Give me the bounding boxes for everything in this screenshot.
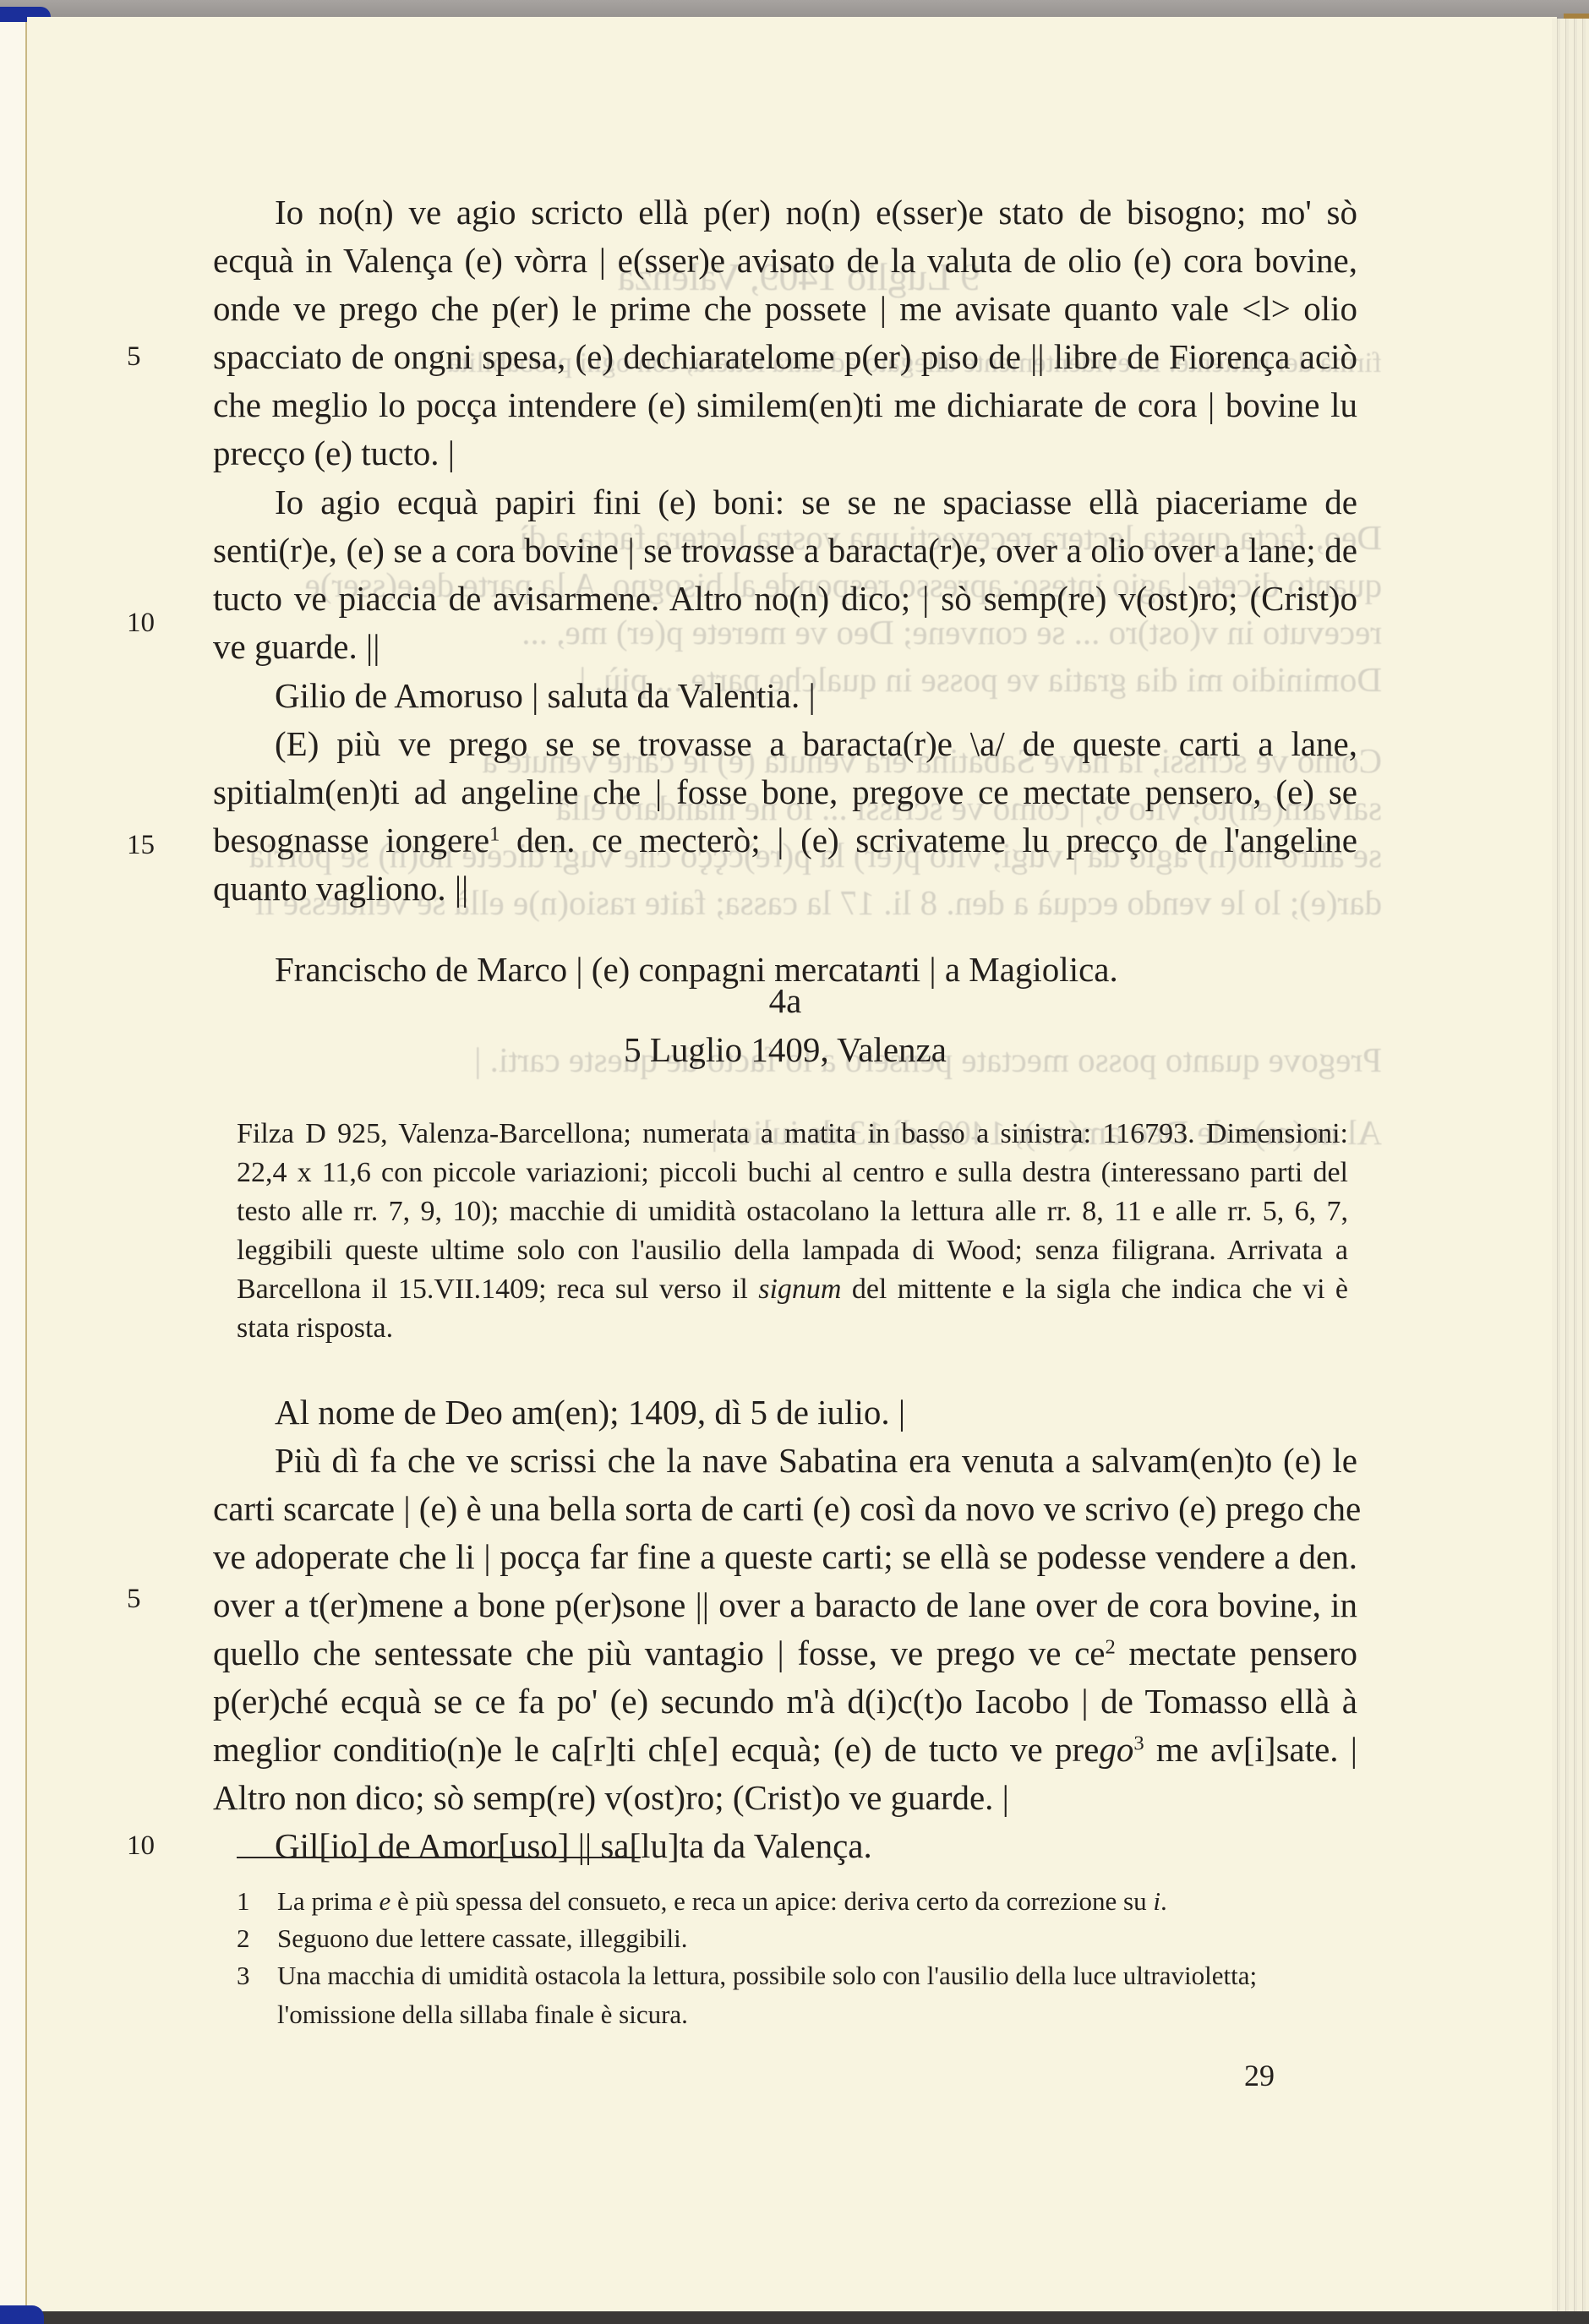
- scanner-background-bottom: [0, 2311, 1589, 2324]
- footnote-ref[interactable]: 3: [1133, 1732, 1144, 1754]
- text-line: ve guarde. ||: [213, 625, 1357, 668]
- page-stack-edge: [1552, 19, 1589, 2311]
- description-line: 22,4 x 11,6 con piccole variazioni; picc…: [237, 1153, 1348, 1193]
- line-number: 10: [127, 1824, 155, 1868]
- text-line: quello che sentessate che più vantagio |…: [213, 1631, 1357, 1675]
- text-line: Gil[io] de Amor[uso] || sa[lu]ta da Vale…: [213, 1824, 1357, 1868]
- text-line: Gilio de Amoruso | saluta da Valentia. |: [213, 674, 1357, 717]
- description-line: leggibili queste ultime solo con l'ausil…: [237, 1230, 1348, 1271]
- text-line: che meglio lo pocça intendere (e) simile…: [213, 383, 1357, 427]
- footnote-separator: [237, 1857, 641, 1858]
- text-line: Più dì fa che ve scrissi che la nave Sab…: [213, 1438, 1357, 1482]
- text-line: (E) più ve prego se se trovasse a baract…: [213, 722, 1357, 766]
- text-line: tucto ve piaccia de avisarmene. Altro no…: [213, 576, 1357, 620]
- text-line: spitialm(en)ti ad angeline che | fosse b…: [213, 770, 1357, 814]
- text-line: besognasse iongere1 den. ce mecterò; | (…: [213, 818, 1357, 862]
- description-line: testo alle rr. 7, 9, 10); macchie di umi…: [237, 1192, 1348, 1232]
- footnote-number: 1: [237, 1883, 277, 1920]
- previous-page-edge: [0, 22, 27, 2312]
- text-line: senti(r)e, (e) se a cora bovine | se tro…: [213, 528, 1357, 572]
- line-number: 10: [127, 601, 155, 645]
- text-line: over a t(er)mene a bone p(er)sone || ove…: [213, 1583, 1357, 1627]
- line-number: 15: [127, 823, 155, 867]
- text-line: carti scarcate | (e) è una bella sorta d…: [213, 1487, 1357, 1530]
- footnote-number: 2: [237, 1920, 277, 1957]
- bookmark-ribbon-end: [0, 2305, 44, 2324]
- italic-expansion: va: [720, 531, 753, 570]
- footnote-continuation: l'omissione della sillaba finale è sicur…: [237, 1996, 1352, 2033]
- letter-date-place: 5 Luglio 1409, Valenza: [213, 1028, 1357, 1072]
- scanner-background-top: [0, 0, 1589, 19]
- text-line: spacciato de ongni spesa, (e) dechiarate…: [213, 335, 1357, 379]
- description-line: Filza D 925, Valenza-Barcellona; numerat…: [237, 1114, 1348, 1154]
- text-line: ve adoperate che li | pocça far fine a q…: [213, 1535, 1357, 1579]
- text-line: quanto vagliono. ||: [213, 866, 1357, 910]
- text-line: p(er)ché ecquà se ce fa po' (e) secundo …: [213, 1679, 1357, 1723]
- footnote: 2Seguono due lettere cassate, illeggibil…: [237, 1920, 1352, 1957]
- description-line: Barcellona il 15.VII.1409; reca sul vers…: [237, 1269, 1348, 1310]
- text-line: precço (e) tucto. |: [213, 431, 1357, 475]
- text-line: Altro non dico; sò semp(re) v(ost)ro; (C…: [213, 1776, 1357, 1819]
- footnote-ref[interactable]: 1: [489, 822, 500, 845]
- line-number: 5: [127, 335, 141, 379]
- footnote: 1La prima e è più spessa del consueto, e…: [237, 1883, 1352, 1920]
- italic-expansion: go: [1099, 1730, 1133, 1769]
- footnote: 3Una macchia di umidità ostacola la lett…: [237, 1957, 1352, 1994]
- text-line: ecquà in Valença (e) vòrra | e(sser)e av…: [213, 238, 1357, 282]
- text-line: Io agio ecquà papiri fini (e) boni: se s…: [213, 480, 1357, 524]
- description-line: stata risposta.: [237, 1308, 1348, 1349]
- text-line: meglior conditio(n)e le ca[r]ti ch[e] ec…: [213, 1727, 1357, 1771]
- text-line: Al nome de Deo am(en); 1409, dì 5 de iul…: [213, 1390, 1357, 1434]
- text-line: onde ve prego che p(er) le prime che pos…: [213, 286, 1357, 330]
- footnote-ref[interactable]: 2: [1105, 1635, 1115, 1658]
- line-number: 5: [127, 1577, 141, 1621]
- footnote-number: 3: [237, 1957, 277, 1994]
- page-number: 29: [1244, 2058, 1275, 2093]
- letter-number: 4a: [213, 979, 1357, 1023]
- text-line: Io no(n) ve agio scricto ellà p(er) no(n…: [213, 190, 1357, 234]
